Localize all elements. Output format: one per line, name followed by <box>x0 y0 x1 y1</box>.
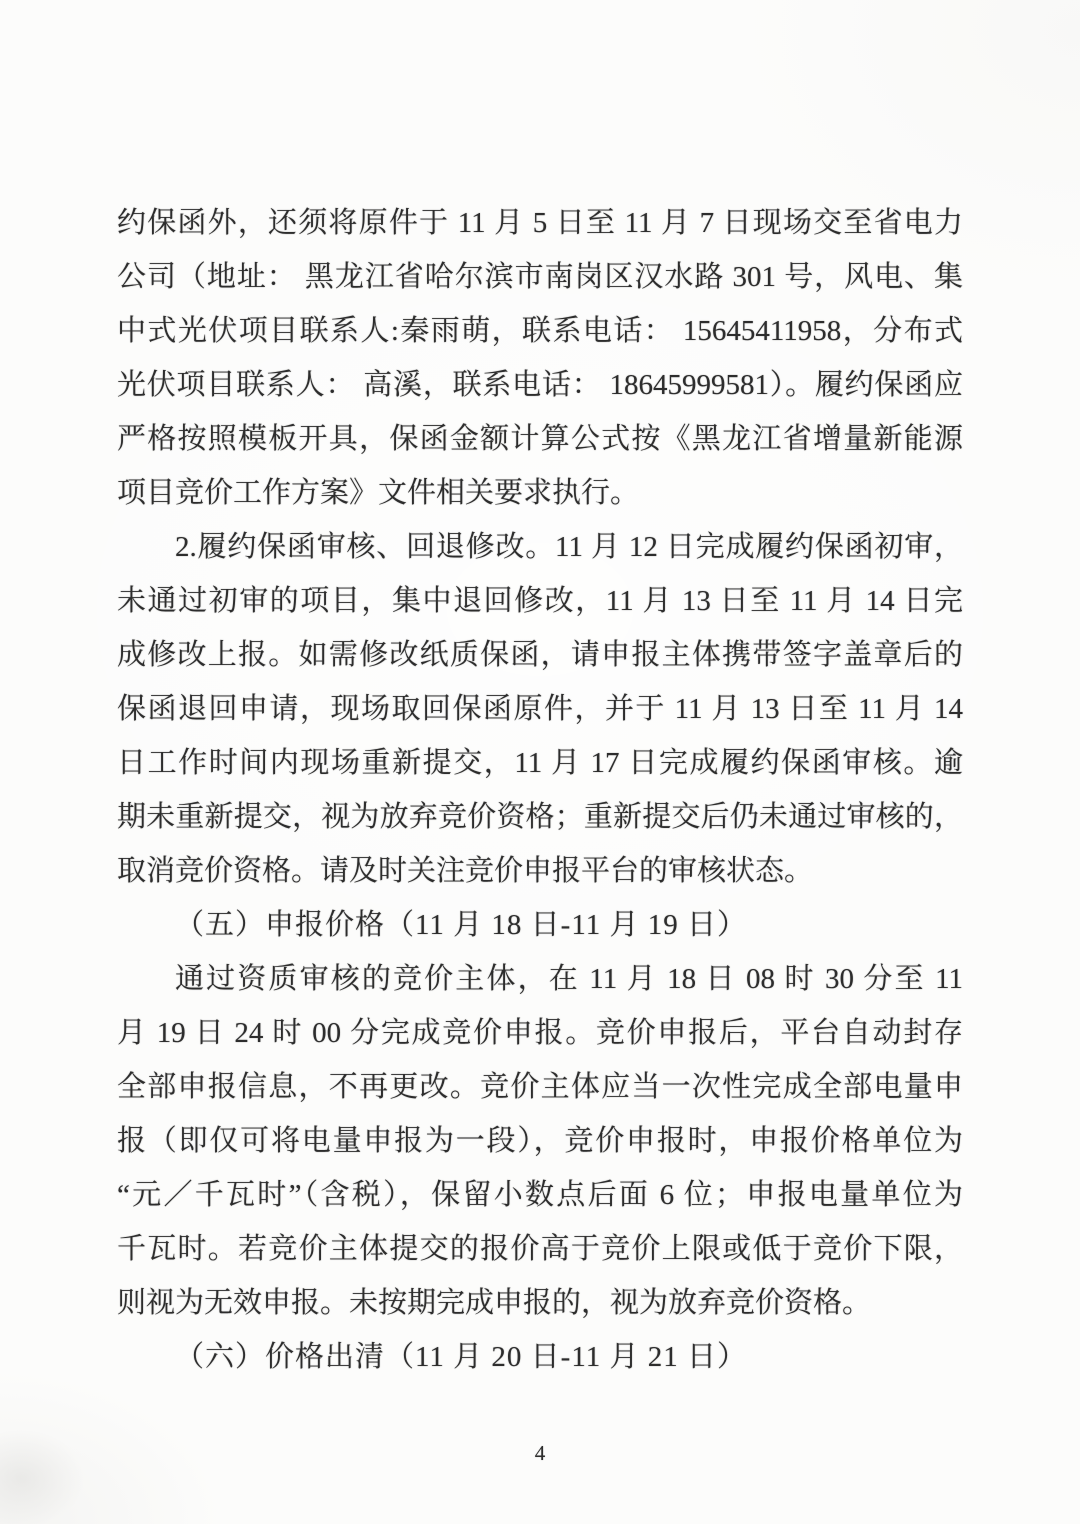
text-line: 成修改上报。如需修改纸质保函，请申报主体携带签字盖章后的 <box>117 628 963 682</box>
text-line: 约保函外，还须将原件于 11 月 5 日至 11 月 7 日现场交至省电力 <box>117 196 963 250</box>
text-line: “元／千瓦时”（含税），保留小数点后面 6 位；申报电量单位为 <box>117 1168 963 1222</box>
text-line: 报（即仅可将电量申报为一段），竞价申报时，申报价格单位为 <box>117 1114 963 1168</box>
text-line: 公司（地址： 黑龙江省哈尔滨市南岗区汉水路 301 号，风电、集 <box>117 250 963 304</box>
text-line: 光伏项目联系人： 高溪，联系电话： 18645999581）。履约保函应 <box>117 358 963 412</box>
text-line: 日工作时间内现场重新提交，11 月 17 日完成履约保函审核。逾 <box>117 736 963 790</box>
text-line: 月 19 日 24 时 00 分完成竞价申报。竞价申报后，平台自动封存 <box>117 1006 963 1060</box>
text-line: 通过资质审核的竞价主体，在 11 月 18 日 08 时 30 分至 11 <box>117 952 963 1006</box>
text-line: 保函退回申请，现场取回保函原件，并于 11 月 13 日至 11 月 14 <box>117 682 963 736</box>
document-body: 约保函外，还须将原件于 11 月 5 日至 11 月 7 日现场交至省电力公司（… <box>117 196 963 1384</box>
text-line: 千瓦时。若竞价主体提交的报价高于竞价上限或低于竞价下限， <box>117 1222 963 1276</box>
text-line: 则视为无效申报。未按期完成申报的，视为放弃竞价资格。 <box>117 1276 963 1330</box>
text-line: 项目竞价工作方案》文件相关要求执行。 <box>117 466 963 520</box>
text-line: 严格按照模板开具，保函金额计算公式按《黑龙江省增量新能源 <box>117 412 963 466</box>
heading-line: （五）申报价格（11 月 18 日-11 月 19 日） <box>117 898 963 952</box>
text-line: 取消竞价资格。请及时关注竞价申报平台的审核状态。 <box>117 844 963 898</box>
document-page: 约保函外，还须将原件于 11 月 5 日至 11 月 7 日现场交至省电力公司（… <box>0 0 1080 1524</box>
heading-line: （六）价格出清（11 月 20 日-11 月 21 日） <box>117 1330 963 1384</box>
text-line: 中式光伏项目联系人:秦雨萌，联系电话： 15645411958，分布式 <box>117 304 963 358</box>
text-line: 全部申报信息，不再更改。竞价主体应当一次性完成全部电量申 <box>117 1060 963 1114</box>
text-line: 未通过初审的项目，集中退回修改，11 月 13 日至 11 月 14 日完 <box>117 574 963 628</box>
page-number: 4 <box>0 1441 1080 1466</box>
text-line: 2.履约保函审核、回退修改。11 月 12 日完成履约保函初审， <box>117 520 963 574</box>
text-line: 期未重新提交，视为放弃竞价资格；重新提交后仍未通过审核的， <box>117 790 963 844</box>
